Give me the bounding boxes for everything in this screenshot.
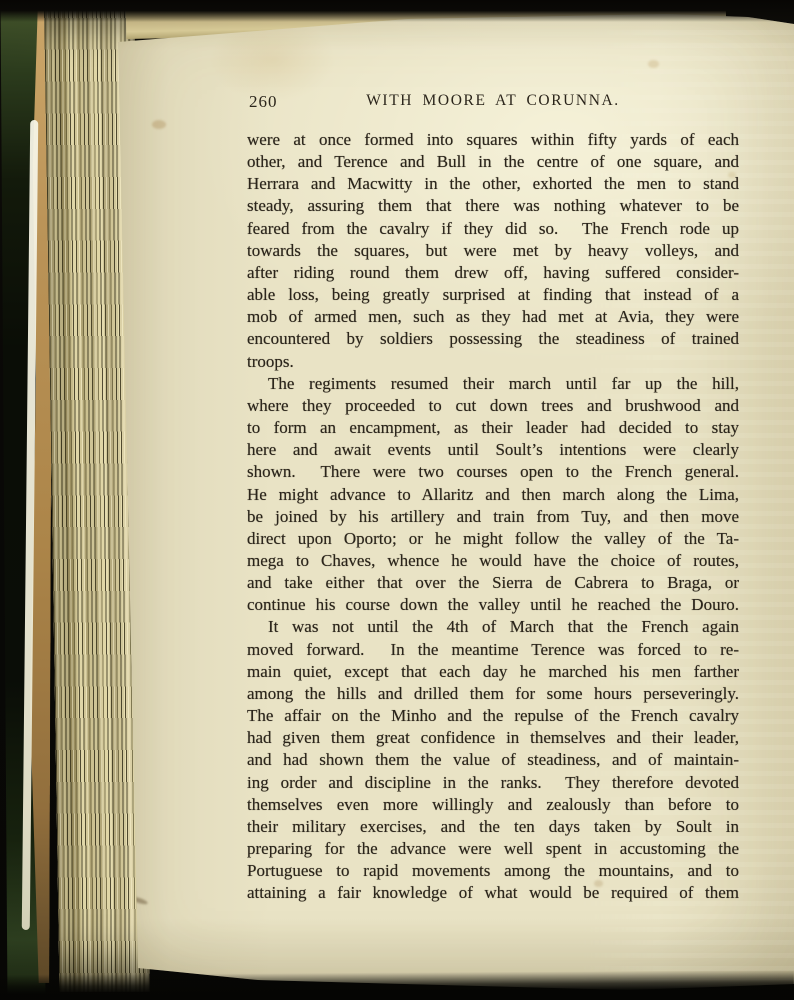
text-line: main quiet, except that each day he marc… bbox=[247, 661, 739, 683]
text-line: after riding round them drew off, having… bbox=[247, 262, 739, 284]
text-line: among the hills and drilled them for som… bbox=[247, 683, 739, 705]
text-line: other, and Terence and Bull in the centr… bbox=[247, 151, 739, 173]
text-line: The affair on the Minho and the repulse … bbox=[247, 705, 739, 727]
text-line: He might advance to Allaritz and then ma… bbox=[247, 484, 739, 506]
text-line: mob of armed men, such as they had met a… bbox=[247, 306, 739, 328]
text-line: where they proceeded to cut down trees a… bbox=[247, 395, 739, 417]
text-line: steady, assuring them that there was not… bbox=[247, 195, 739, 217]
book-page: 260 WITH MOORE AT CORUNNA. were at once … bbox=[108, 0, 794, 998]
text-line: and take either that over the Sierra de … bbox=[247, 572, 739, 594]
text-line: encountered by soldiers possessing the s… bbox=[247, 328, 739, 350]
text-line: preparing for the advance were well spen… bbox=[247, 838, 739, 860]
text-line: The regiments resumed their march until … bbox=[247, 373, 739, 395]
text-line: be joined by his artillery and train fro… bbox=[247, 506, 739, 528]
text-line: Herrara and Macwitty in the other, exhor… bbox=[247, 173, 739, 195]
text-line: Portuguese to rapid movements among the … bbox=[247, 860, 739, 882]
book-photo: 260 WITH MOORE AT CORUNNA. were at once … bbox=[0, 0, 794, 1000]
text-line: troops. bbox=[247, 351, 739, 373]
text-line: their military exercises, and the ten da… bbox=[247, 816, 739, 838]
text-block: 260 WITH MOORE AT CORUNNA. were at once … bbox=[247, 92, 739, 904]
text-line: to form an encampment, as their leader h… bbox=[247, 417, 739, 439]
text-line: ing order and discipline in the ranks. T… bbox=[247, 772, 739, 794]
running-title: WITH MOORE AT CORUNNA. bbox=[247, 92, 739, 110]
text-line: and had shown them the value of steadine… bbox=[247, 749, 739, 771]
foxing-stain bbox=[648, 60, 659, 68]
text-line: attaining a fair knowledge of what would… bbox=[247, 882, 739, 904]
text-line: here and await events until Soult’s inte… bbox=[247, 439, 739, 461]
text-line: able loss, being greatly surprised at fi… bbox=[247, 284, 739, 306]
text-line: moved forward. In the meantime Terence w… bbox=[247, 639, 739, 661]
page-number: 260 bbox=[249, 92, 278, 112]
foxing-stain bbox=[152, 120, 166, 129]
page-body: were at once formed into squares within … bbox=[247, 129, 739, 904]
text-line: were at once formed into squares within … bbox=[247, 129, 739, 151]
text-line: themselves even more willingly and zealo… bbox=[247, 794, 739, 816]
text-line: direct upon Oporto; or he might follow t… bbox=[247, 528, 739, 550]
page-header: 260 WITH MOORE AT CORUNNA. bbox=[247, 92, 739, 115]
text-line: shown. There were two courses open to th… bbox=[247, 461, 739, 483]
text-line: mega to Chaves, whence he would have the… bbox=[247, 550, 739, 572]
text-line: It was not until the 4th of March that t… bbox=[247, 616, 739, 638]
text-line: continue his course down the valley unti… bbox=[247, 594, 739, 616]
text-line: feared from the cavalry if they did so. … bbox=[247, 218, 739, 240]
text-line: had given them great confidence in thems… bbox=[247, 727, 739, 749]
text-line: towards the squares, but were met by hea… bbox=[247, 240, 739, 262]
